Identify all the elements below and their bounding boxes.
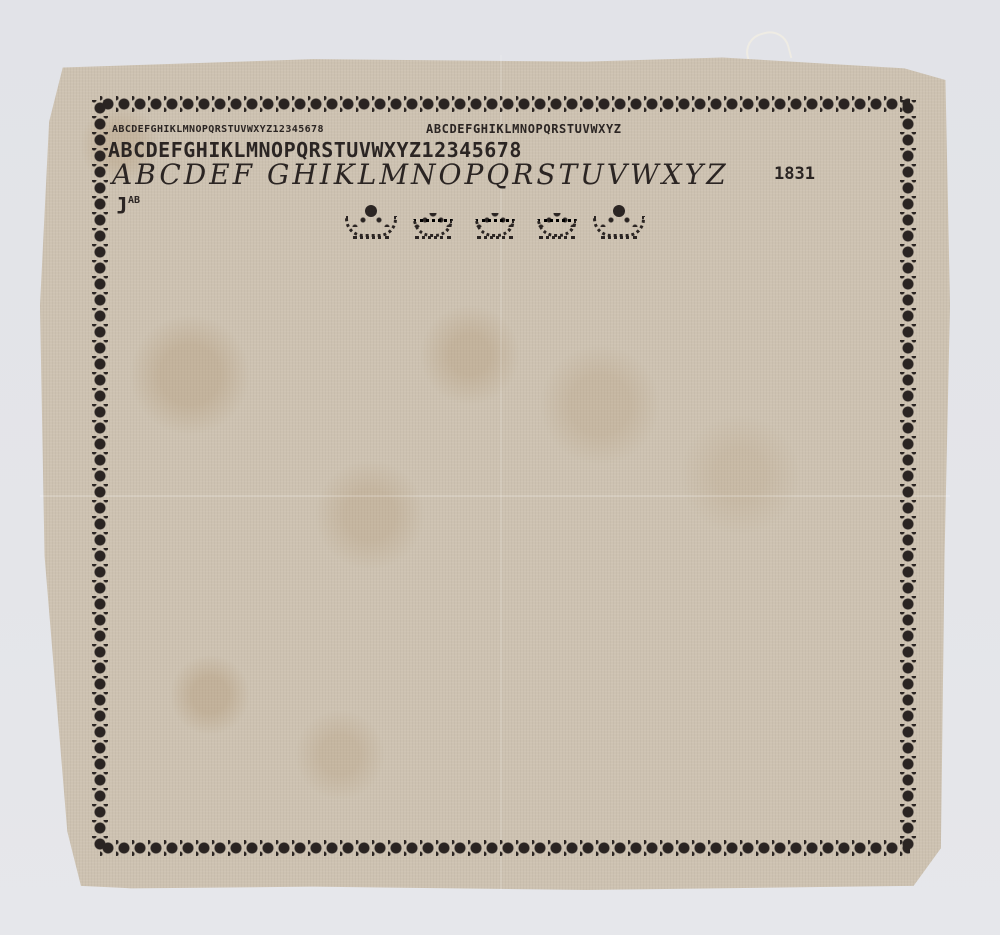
floral-border-right: [900, 100, 916, 850]
script-alphabet: ABCDEF GHIKLMNOPQRSTUVWXYZ: [112, 158, 729, 191]
year: 1831: [774, 164, 815, 184]
small-crown-icon: [531, 205, 583, 245]
crown-with-orb-icon: [593, 205, 645, 245]
floral-border-left: [92, 100, 108, 850]
initials: AB: [128, 195, 140, 206]
crown-motif-row: [345, 200, 645, 245]
crown-with-orb-icon: [345, 205, 397, 245]
floral-border-top: [100, 96, 910, 112]
small-alphabet-left: ABCDEFGHIKLMNOPQRSTUVWXYZ12345678: [112, 124, 324, 135]
small-crown-icon: [407, 205, 459, 245]
floral-border-bottom: [100, 840, 910, 856]
fold-crease: [40, 495, 950, 497]
crown-icon: [469, 205, 521, 245]
small-alphabet-right: ABCDEFGHIKLMNOPQRSTUVWXYZ: [426, 122, 622, 136]
